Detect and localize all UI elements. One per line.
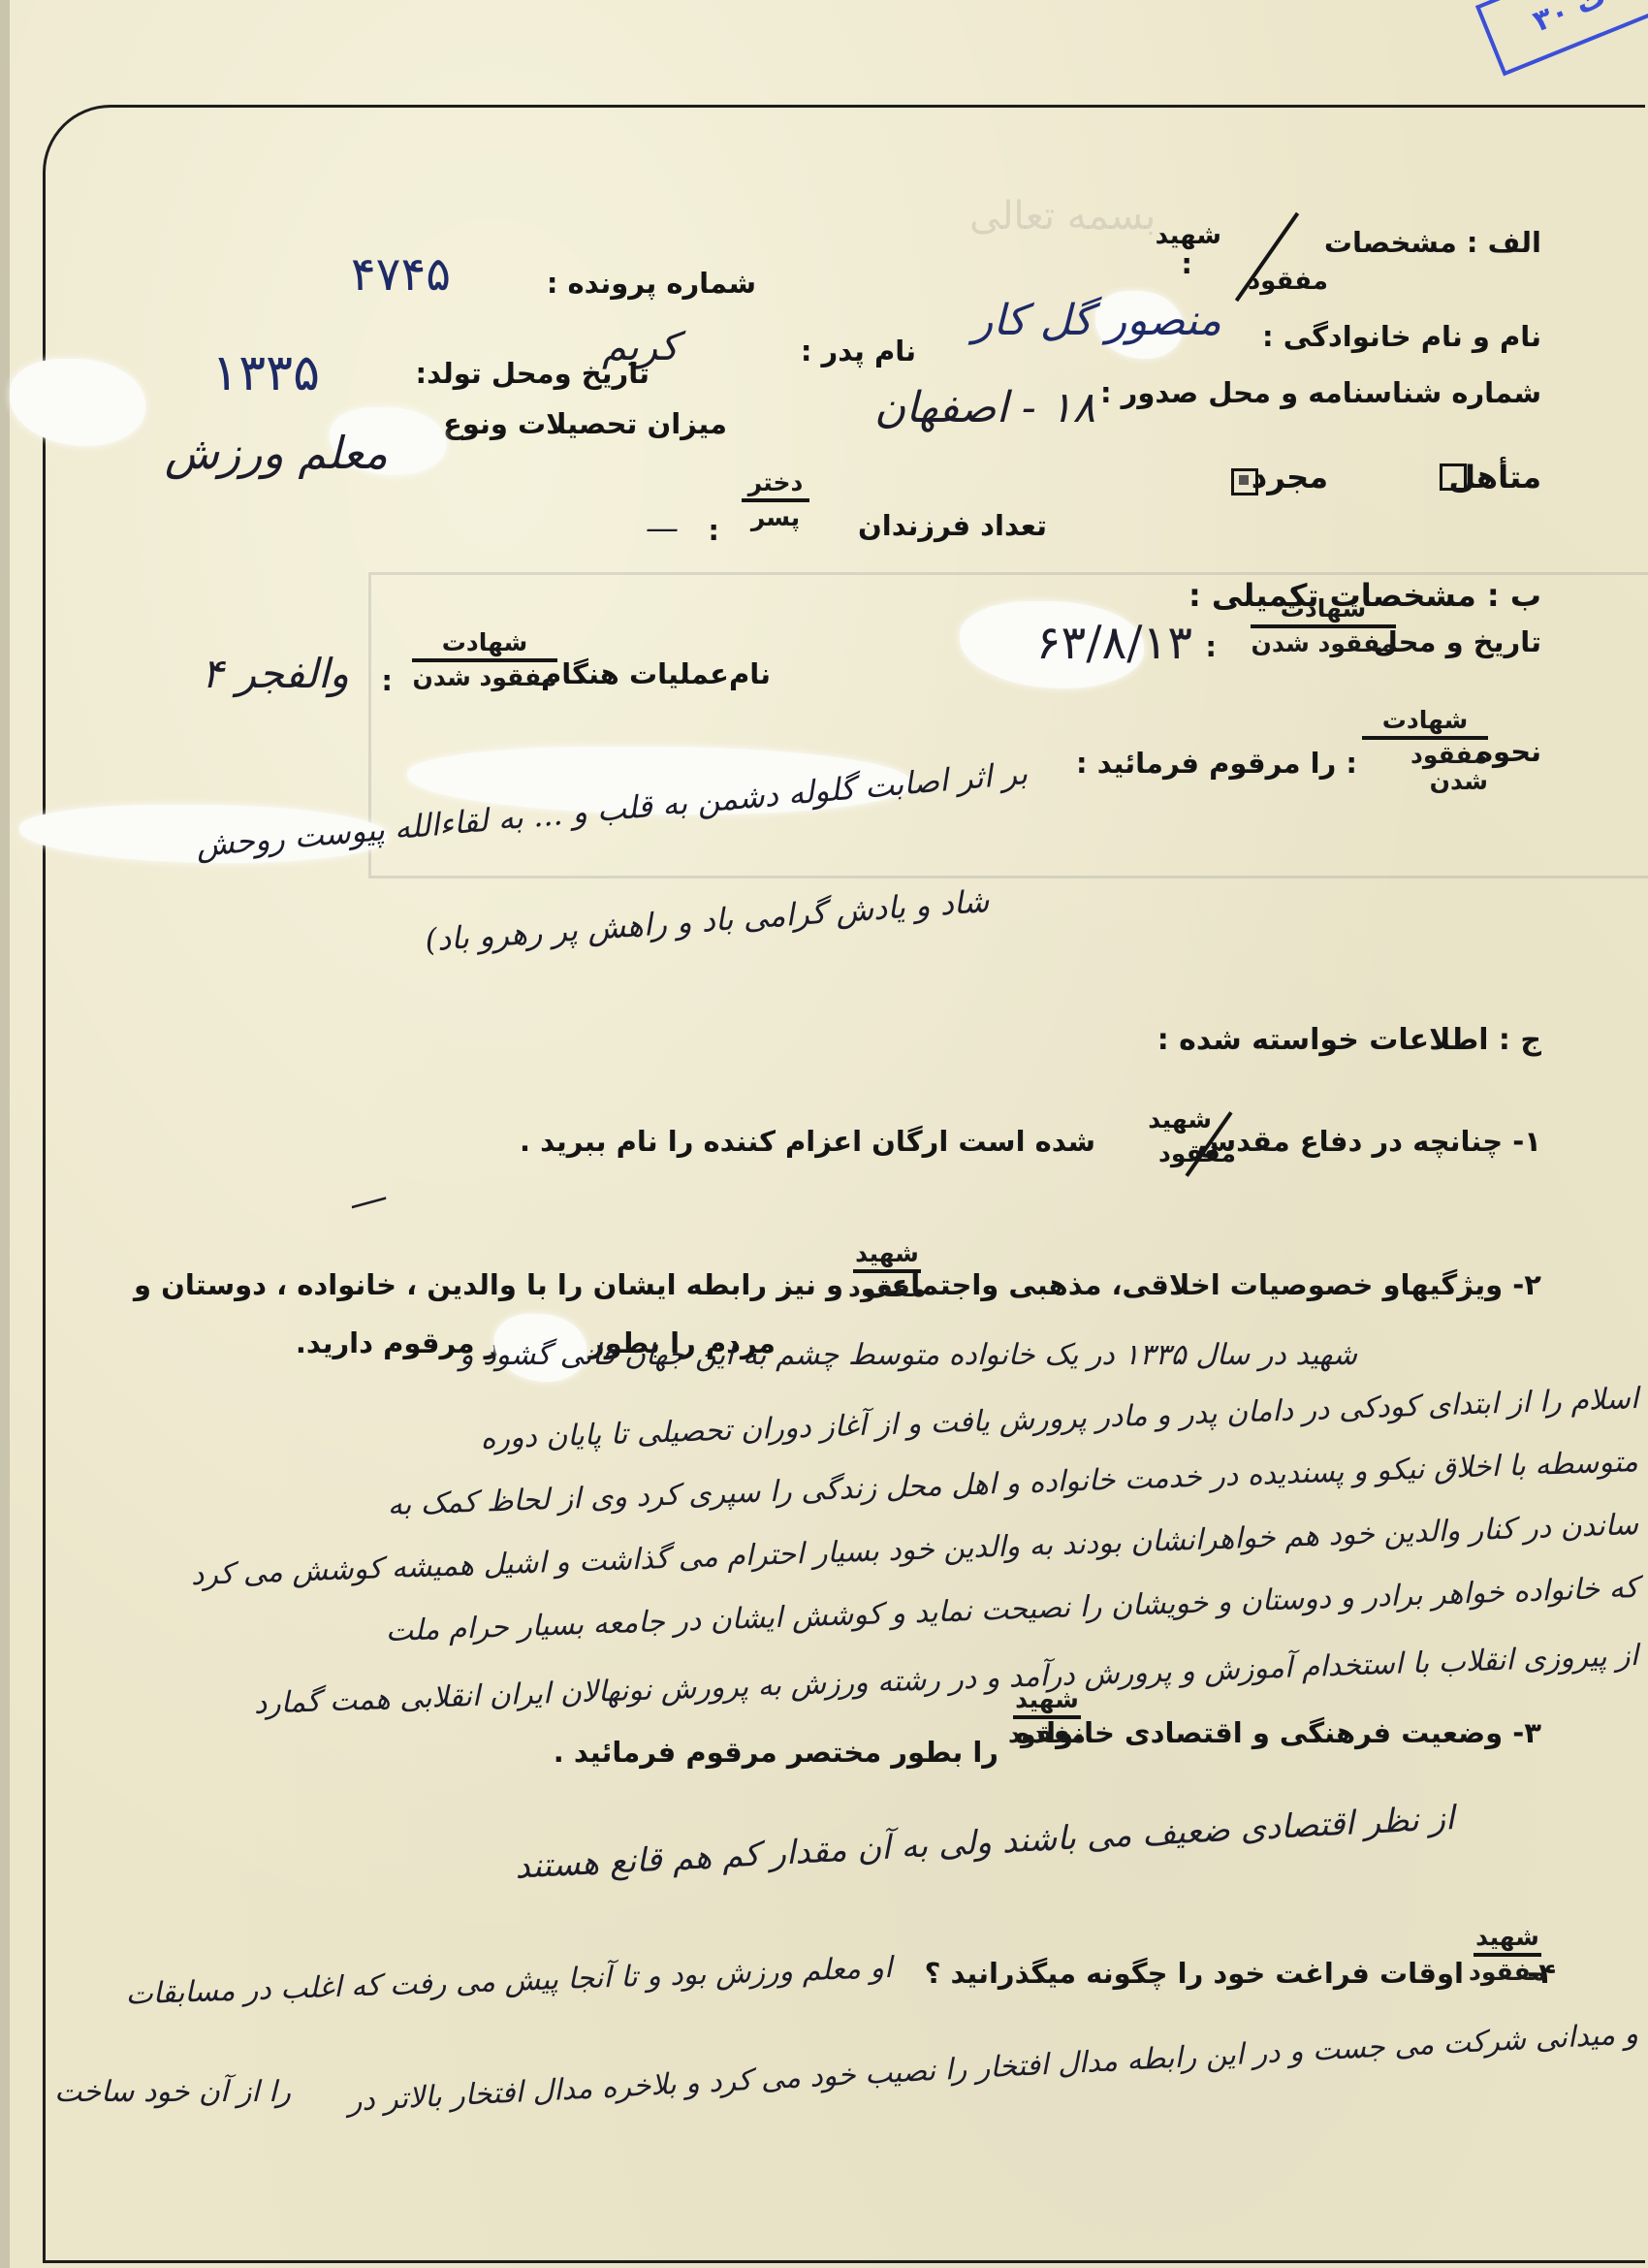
fraction-bar (1013, 1715, 1081, 1719)
bleed-through-text: بسمه تعالی (969, 194, 1156, 239)
q3-suffix: را بطور مختصر مرقوم فرمائید . (554, 1736, 998, 1769)
missing-label: مفقود (1008, 1722, 1086, 1747)
martyr-label: شهید (1015, 1687, 1079, 1712)
stamp-text: ۳۰ ت (1529, 0, 1611, 39)
q3-fraction: شهید مفقود (1013, 1687, 1081, 1748)
date-place-label: تاریخ و محل (1374, 625, 1541, 658)
missing-label: مفقود (1248, 267, 1328, 296)
missing-became-label: مفقود شدن (1251, 631, 1395, 656)
q2-prefix: ۲- ویژگیهاو خصوصیات اخلاقی، مذهبی واجتما… (863, 1268, 1541, 1301)
q1-suffix: شده است ارگان اعزام کننده را نام ببرید . (520, 1125, 1095, 1158)
fraction-bar (412, 658, 557, 662)
id-label: شماره شناسنامه و محل صدور : (1100, 376, 1541, 409)
colon: : (1205, 630, 1217, 663)
section-a-title: الف : مشخصات (1324, 226, 1541, 259)
file-number-value: ۴۷۴۵ (351, 247, 451, 302)
martyrdom-date-value: ۶۳/۸/۱۳ (1036, 616, 1192, 670)
colon: : (381, 664, 393, 697)
q1-prefix: ۱- چنانچه در دفاع مقدس (1197, 1125, 1541, 1158)
fraction-bar (1362, 736, 1488, 740)
operation-label: نام‌عملیات هنگام (541, 657, 771, 690)
children-label: تعداد فرزندان (858, 509, 1047, 542)
colon: : (708, 514, 719, 547)
operation-fraction: شهادت مفقود شدن (412, 630, 557, 691)
colon: : (1181, 247, 1192, 280)
missing-label: مفقود (1469, 1960, 1546, 1985)
birth-value: ۱۳۳۵ (211, 344, 320, 402)
fraction-bar (742, 498, 809, 502)
martyrdom-fraction: شهادت مفقود شدن (1251, 596, 1396, 657)
q4-answer-line-3: را از آن خود ساخت (54, 2075, 291, 2109)
manner-fraction: شهادت مفقود شدن (1362, 708, 1488, 794)
operation-value: والفجر ۴ (202, 650, 349, 697)
married-checkbox[interactable] (1440, 463, 1467, 491)
single-checkbox[interactable] (1231, 468, 1258, 495)
children-value: — (646, 509, 679, 548)
birth-label: تاریخ ومحل تولد: (415, 357, 650, 390)
martyrdom-label: شهادت (1382, 708, 1468, 733)
section-c-title: ج : اطلاعات خواسته شده : (1157, 1023, 1541, 1057)
fraction-bar (853, 1269, 921, 1273)
scan-edge (0, 0, 10, 2268)
q4-fraction: شهید مفقود (1474, 1925, 1541, 1986)
q2-fraction: شهید مفقود (853, 1241, 921, 1302)
martyr-label: شهید (855, 1241, 919, 1266)
q2-answer-line-1: شهید در سال ۱۳۳۵ در یک خانواده متوسط چشم… (460, 1338, 1357, 1372)
name-value: منصور گل کار (972, 296, 1221, 345)
id-value: ۱۸ - اصفهان (874, 383, 1095, 432)
file-number-label: شماره پرونده : (547, 267, 756, 300)
father-name-label: نام پدر : (801, 335, 916, 367)
children-fraction: دختر پسر (742, 470, 809, 531)
martyr-label: شهید (1156, 221, 1221, 250)
single-label: مجرد (1252, 459, 1328, 495)
q3-prefix: ۳- وضعیت فرهنگی و اقتصادی خانواده (1015, 1716, 1541, 1749)
martyr-label: شهید (1475, 1925, 1539, 1950)
martyrdom-label: شهادت (442, 630, 527, 655)
missing-became-label: مفقود شدن (1362, 743, 1488, 794)
fraction-bar (1474, 1953, 1541, 1957)
missing-became-label: مفقود شدن (412, 665, 556, 690)
martyrdom-label: شهادت (1281, 596, 1366, 622)
fraction-bar (1251, 624, 1396, 628)
manner-suffix: : را مرقوم فرمائید : (1076, 747, 1357, 780)
education-value: معلم ورزش (165, 427, 388, 479)
q1-martyr: شهید (1148, 1105, 1212, 1134)
q4-suffix: اوقات فراغت خود را چگونه میگذرانید ؟ (925, 1957, 1464, 1990)
daughter-label: دختر (748, 470, 804, 495)
son-label: پسر (751, 505, 800, 530)
missing-label: مفقود (848, 1276, 926, 1301)
q2-suffix: و نیز رابطه ایشان را با والدین ، خانواده… (134, 1268, 843, 1301)
name-label: نام و نام خانوادگی : (1262, 320, 1541, 353)
